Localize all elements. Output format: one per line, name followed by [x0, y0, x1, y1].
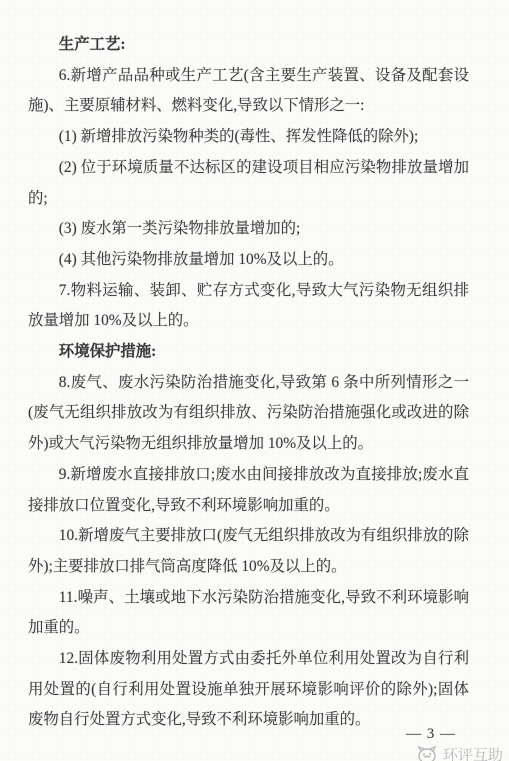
- section-heading: 生产工艺:: [28, 30, 469, 61]
- paragraph: (4) 其他污染物排放量增加 10%及以上的。: [28, 245, 469, 276]
- paragraph: 9.新增废水直接排放口;废水由间接排放改为直接排放;废水直接排放口位置变化,导致…: [28, 460, 469, 521]
- section-heading: 环境保护措施:: [28, 337, 469, 368]
- paragraph: (3) 废水第一类污染物排放量增加的;: [28, 214, 469, 245]
- watermark-label: 环评互助: [443, 744, 503, 761]
- watermark: 环评互助: [414, 744, 503, 761]
- watermark-logo-icon: [414, 746, 440, 761]
- paragraph: 6.新增产品品种或生产工艺(含主要生产装置、设备及配套设施)、主要原辅材料、燃料…: [28, 61, 469, 122]
- document-body: 生产工艺:6.新增产品品种或生产工艺(含主要生产装置、设备及配套设施)、主要原辅…: [28, 30, 469, 736]
- paragraph: 8.废气、废水污染防治措施变化,导致第 6 条中所列情形之一(废气无组织排放改为…: [28, 368, 469, 460]
- paragraph: 12.固体废物利用处置方式由委托外单位利用处置改为自行利用处置的(自行利用处置设…: [28, 644, 469, 736]
- scanned-document-page: 生产工艺:6.新增产品品种或生产工艺(含主要生产装置、设备及配套设施)、主要原辅…: [0, 0, 509, 761]
- paragraph: 7.物料运输、装卸、贮存方式变化,导致大气污染物无组织排放量增加 10%及以上的…: [28, 276, 469, 337]
- paragraph: (2) 位于环境质量不达标区的建设项目相应污染物排放量增加的;: [28, 153, 469, 214]
- paragraph: 11.噪声、土壤或地下水污染防治措施变化,导致不利环境影响加重的。: [28, 583, 469, 644]
- paragraph: (1) 新增排放污染物种类的(毒性、挥发性降低的除外);: [28, 122, 469, 153]
- paragraph: 10.新增废气主要排放口(废气无组织排放改为有组织排放的除外);主要排放口排气筒…: [28, 521, 469, 582]
- page-number: — 3 —: [400, 726, 462, 743]
